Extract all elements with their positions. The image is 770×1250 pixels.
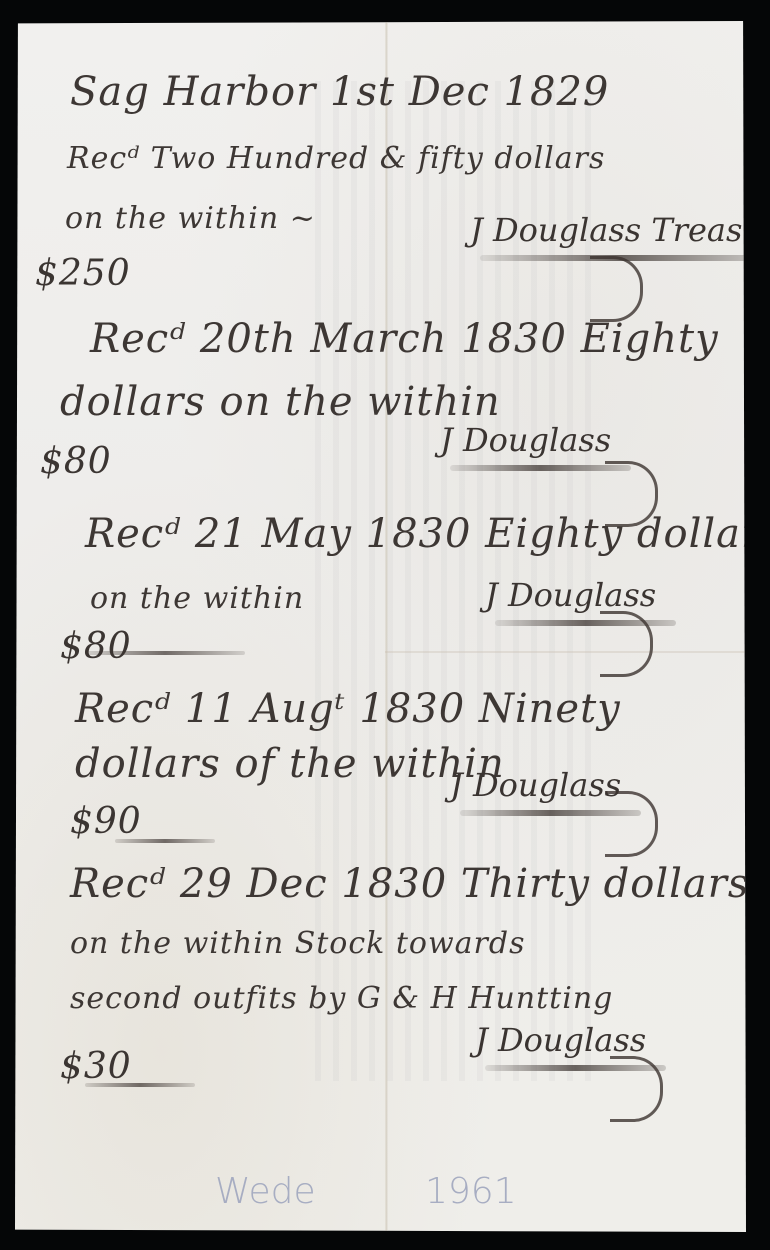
signature-flourish-icon xyxy=(590,256,643,322)
receipt-2-amount: $80 xyxy=(40,441,112,482)
receipt-5-line-3: second outfits by G & H Huntting xyxy=(70,981,613,1016)
pencil-note-year: 1961 xyxy=(425,1171,517,1212)
signature-flourish-icon xyxy=(610,1056,663,1122)
receipt-5-amount: $30 xyxy=(60,1046,132,1087)
receipt-5-line-2: on the within Stock towards xyxy=(70,926,526,961)
receipt-4-signature: J Douglass xyxy=(450,766,621,804)
receipt-5-line-1: Recᵈ 29 Dec 1830 Thirty dollars xyxy=(70,861,749,907)
receipt-1-line-2: on the within ~ xyxy=(65,201,316,236)
amount-underline xyxy=(85,651,245,655)
receipt-3-line-2: on the within xyxy=(90,581,304,616)
receipt-3-signature: J Douglass xyxy=(485,576,656,614)
receipt-1-amount: $250 xyxy=(35,253,131,294)
receipt-2-line-1: Recᵈ 20th March 1830 Eighty xyxy=(90,316,719,362)
receipt-2-signature: J Douglass xyxy=(440,421,611,459)
amount-underline xyxy=(115,839,215,843)
receipt-3-line-1: Recᵈ 21 May 1830 Eighty dollars xyxy=(85,511,770,557)
receipt-3-amount: $80 xyxy=(60,626,132,667)
vertical-fold-crease xyxy=(385,21,388,1232)
receipt-1-line-1: Recᵈ Two Hundred & fifty dollars xyxy=(67,141,605,176)
horizontal-fold-crease xyxy=(385,651,746,653)
document-paper: Sag Harbor 1st Dec 1829 Recᵈ Two Hundred… xyxy=(15,21,746,1232)
signature-flourish-icon xyxy=(605,791,658,857)
receipt-4-line-2: dollars of the within xyxy=(75,741,505,787)
header-place-date: Sag Harbor 1st Dec 1829 xyxy=(70,69,609,115)
pencil-note-left: Wede xyxy=(215,1171,316,1212)
receipt-4-amount: $90 xyxy=(70,801,142,842)
signature-flourish-icon xyxy=(600,611,653,677)
amount-underline xyxy=(85,1083,195,1087)
receipt-5-signature: J Douglass xyxy=(475,1021,646,1059)
receipt-1-signature: J Douglass Treas xyxy=(470,211,742,249)
receipt-2-line-2: dollars on the within xyxy=(60,379,501,425)
receipt-4-line-1: Recᵈ 11 Augᵗ 1830 Ninety xyxy=(75,686,621,732)
